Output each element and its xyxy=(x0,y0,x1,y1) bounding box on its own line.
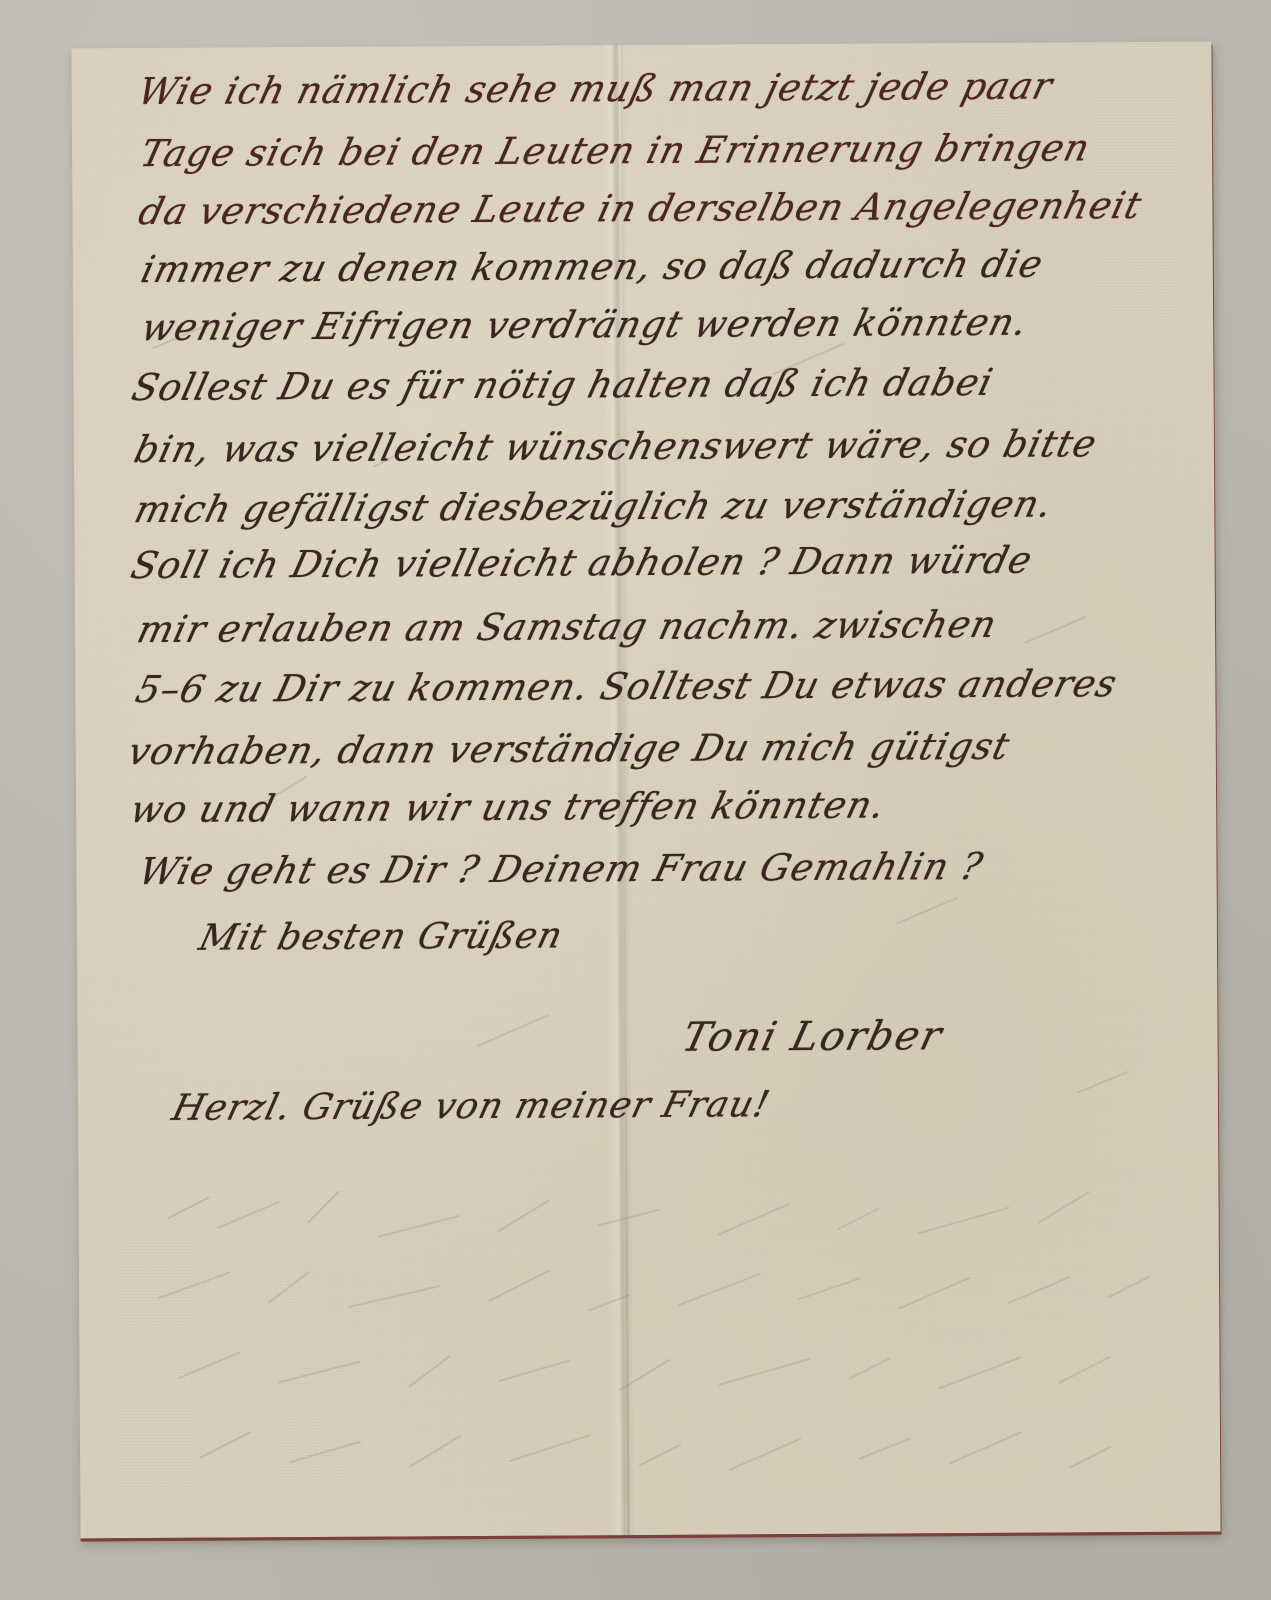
letter-line-2: Tage sich bei den Leuten in Erinnerung b… xyxy=(136,126,1095,175)
letter-line-8: mich gefälligst diesbezüglich zu verstän… xyxy=(130,482,1057,531)
letter-postscript: Herzl. Grüße von meiner Frau! xyxy=(168,1084,774,1129)
letter-line-14: Wie geht es Dir ? Deinem Frau Gemahlin ? xyxy=(135,845,988,893)
letter-line-11: 5–6 zu Dir zu kommen. Solltest Du etwas … xyxy=(132,662,1122,711)
letter-line-5: weniger Eifrigen verdrängt werden könnte… xyxy=(137,301,1032,349)
letter-line-9: Soll ich Dich vielleicht abholen ? Dann … xyxy=(127,539,1037,588)
letter-closing: Mit besten Grüßen xyxy=(195,915,567,958)
letter-line-6: Sollest Du es für nötig halten daß ich d… xyxy=(128,361,998,409)
paper-bottom-edge xyxy=(81,1532,1221,1542)
letter-signature: Toni Lorber xyxy=(678,1013,948,1061)
letter-sheet: Wie ich nämlich sehe muß man jetzt jede … xyxy=(71,42,1220,1539)
letter-line-3: da verschiedene Leute in derselben Angel… xyxy=(135,184,1147,233)
letter-line-10: mir erlauben am Samstag nachm. zwischen xyxy=(133,603,1001,651)
letter-line-1: Wie ich nämlich sehe muß man jetzt jede … xyxy=(134,64,1057,113)
letter-line-7: bin, was vielleicht wünschenswert wäre, … xyxy=(130,422,1101,471)
letter-line-12: vorhaben, dann verständige Du mich gütig… xyxy=(124,725,1015,773)
letter-line-13: wo und wann wir uns treffen könnten. xyxy=(126,784,890,832)
letter-line-4: immer zu denen kommen, so daß dadurch di… xyxy=(137,243,1048,292)
